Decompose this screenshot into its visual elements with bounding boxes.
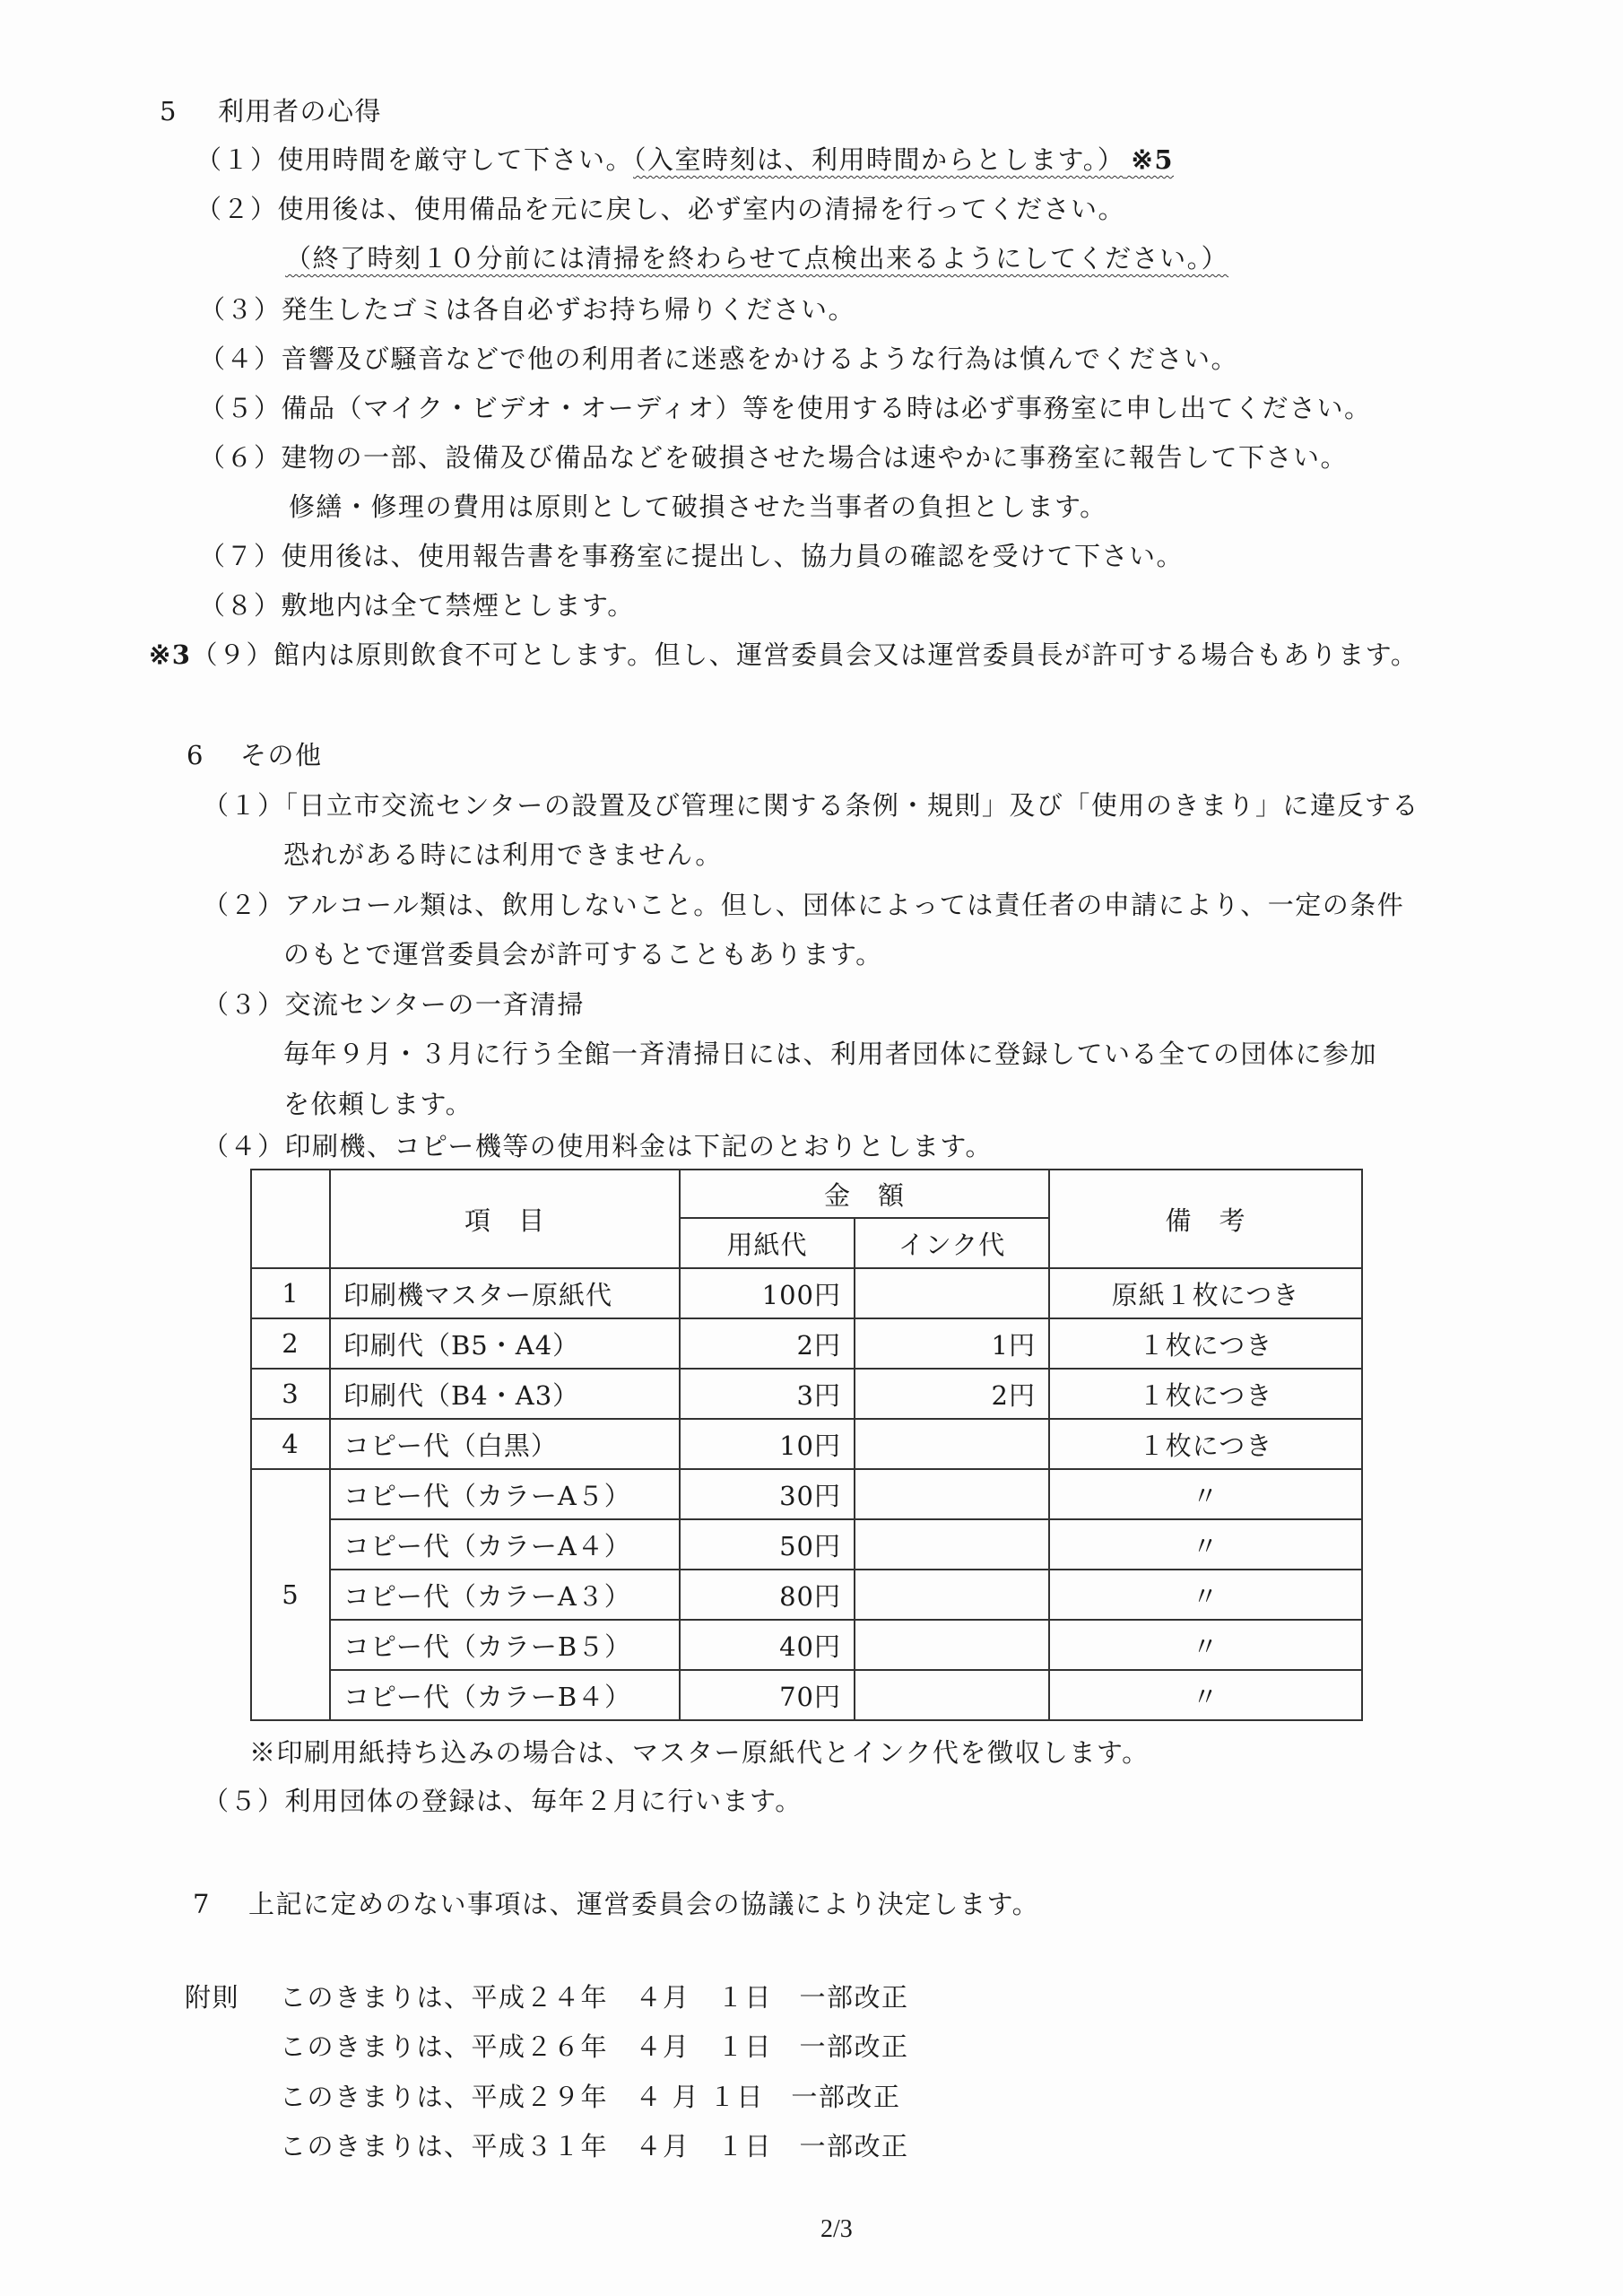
s5-item-4-text: 音響及び騒音などで他の利用者に迷惑をかけるような行為は慎んでください。 xyxy=(282,344,1239,374)
s5-item-1-text: 使用時間を厳守して下さい。 xyxy=(278,144,634,175)
row-item: コピー代（カラーA５） xyxy=(330,1469,680,1519)
section-6-title: その他 xyxy=(240,737,323,773)
row-ink xyxy=(855,1670,1049,1720)
s5-item-5: （５）備品（マイク・ビデオ・オーディオ）等を使用する時は必ず事務室に申し出てくだ… xyxy=(199,390,1371,426)
appendix-entry: このきまりは、平成２４年 ４月 １日 一部改正 xyxy=(280,1979,909,2015)
row-remarks: １枚につき xyxy=(1049,1419,1362,1469)
row-item: 印刷機マスター原紙代 xyxy=(330,1268,680,1318)
row-no: 2 xyxy=(251,1318,330,1369)
table-row: 3 印刷代（B4・A3） 3円 2円 １枚につき xyxy=(251,1369,1362,1419)
s6-item-3: （３）交流センターの一斉清掃 xyxy=(203,987,585,1022)
s6-item-1-continuation: 恐れがある時には利用できません。 xyxy=(283,837,723,873)
row-paper: 3円 xyxy=(680,1369,855,1419)
row-ink xyxy=(855,1419,1049,1469)
row-ink: 1円 xyxy=(855,1318,1049,1369)
appendix-entry: このきまりは、平成２９年 ４ 月 １日 一部改正 xyxy=(280,2079,900,2115)
table-row: コピー代（カラーA３） 80円 〃 xyxy=(251,1570,1362,1620)
s5-item-8: （８）敷地内は全て禁煙とします。 xyxy=(199,587,635,623)
s5-item-3-text: 発生したゴミは各自必ずお持ち帰りください。 xyxy=(282,294,856,325)
s6-item-3-text: 交流センターの一斉清掃 xyxy=(285,989,585,1020)
table-row: コピー代（カラーB４） 70円 〃 xyxy=(251,1670,1362,1720)
row-item: コピー代（カラーB４） xyxy=(330,1670,680,1720)
row-paper: 30円 xyxy=(680,1469,855,1519)
row-paper: 10円 xyxy=(680,1419,855,1469)
s5-item-7-text: 使用後は、使用報告書を事務室に提出し、協力員の確認を受けて下さい。 xyxy=(282,541,1185,571)
row-item: 印刷代（B5・A4） xyxy=(330,1318,680,1369)
s5-item-6: （６）建物の一部、設備及び備品などを破損させた場合は速やかに事務室に報告して下さ… xyxy=(199,439,1348,475)
s6-item-4-text: 印刷機、コピー機等の使用料金は下記のとおりとします。 xyxy=(285,1131,994,1161)
s6-item-2-text: アルコール類は、飲用しないこと。但し、団体によっては責任者の申請により、一定の条… xyxy=(285,890,1405,920)
row-item: コピー代（カラーA３） xyxy=(330,1570,680,1620)
fee-table: 項 目 金 額 備 考 用紙代 インク代 1 印刷機マスター原紙代 100円 原… xyxy=(250,1169,1363,1721)
s6-item-5-label: （５） xyxy=(203,1786,285,1816)
s5-item-2-continuation: （終了時刻１０分前には清掃を終わらせて点検出来るようにしてください。） xyxy=(285,240,1228,276)
s5-item-9-label: （９） xyxy=(191,639,273,670)
table-row: 5 コピー代（カラーA５） 30円 〃 xyxy=(251,1469,1362,1519)
s6-item-1: （１）「日立市交流センターの設置及び管理に関する条例・規則」及び「使用のきまり」… xyxy=(203,787,1419,823)
header-no xyxy=(251,1170,330,1268)
section-5-number: 5 xyxy=(160,93,176,129)
s5-item-1-underlined-text: （入室時刻は、利用時間からとします。） xyxy=(633,144,1124,175)
s5-item-2-text: 使用後は、使用備品を元に戻し、必ず室内の清掃を行ってください。 xyxy=(278,194,1126,224)
section-6-number: 6 xyxy=(187,737,203,773)
s5-item-4: （４）音響及び騒音などで他の利用者に迷惑をかけるような行為は慎んでください。 xyxy=(199,341,1238,377)
row-remarks: 〃 xyxy=(1049,1570,1362,1620)
row-remarks: 〃 xyxy=(1049,1519,1362,1570)
s5-item-6-label: （６） xyxy=(199,442,282,473)
s5-item-1: （１）使用時間を厳守して下さい。（入室時刻は、利用時間からとします。） ※5 xyxy=(195,142,1174,178)
s5-item-2-label: （２） xyxy=(195,194,278,224)
header-ink: インク代 xyxy=(855,1218,1049,1268)
row-no: 4 xyxy=(251,1419,330,1469)
s6-item-1-text: 「日立市交流センターの設置及び管理に関する条例・規則」及び「使用のきまり」に違反… xyxy=(285,790,1419,821)
s6-item-3-continuation: 毎年９月・３月に行う全館一斉清掃日には、利用者団体に登録している全ての団体に参加 xyxy=(283,1036,1377,1072)
row-no: 3 xyxy=(251,1369,330,1419)
s6-item-5-text: 利用団体の登録は、毎年２月に行います。 xyxy=(285,1786,803,1816)
row-paper: 80円 xyxy=(680,1570,855,1620)
table-row: 2 印刷代（B5・A4） 2円 1円 １枚につき xyxy=(251,1318,1362,1369)
row-paper: 40円 xyxy=(680,1620,855,1670)
row-no-merged: 5 xyxy=(251,1469,330,1720)
row-remarks: 原紙１枚につき xyxy=(1049,1268,1362,1318)
row-remarks: 〃 xyxy=(1049,1620,1362,1670)
row-remarks: １枚につき xyxy=(1049,1369,1362,1419)
s5-item-8-text: 敷地内は全て禁煙とします。 xyxy=(282,590,635,621)
s5-item-7: （７）使用後は、使用報告書を事務室に提出し、協力員の確認を受けて下さい。 xyxy=(199,538,1184,574)
section-5-title: 利用者の心得 xyxy=(218,93,382,129)
row-remarks: 〃 xyxy=(1049,1670,1362,1720)
s5-item-6-continuation: 修繕・修理の費用は原則として破損させた当事者の負担とします。 xyxy=(289,489,1107,525)
appendix-entry: このきまりは、平成２６年 ４月 １日 一部改正 xyxy=(280,2029,909,2065)
row-ink xyxy=(855,1469,1049,1519)
fee-table-note: ※印刷用紙持ち込みの場合は、マスター原紙代とインク代を徴収します。 xyxy=(249,1735,1150,1770)
row-item: コピー代（白黒） xyxy=(330,1419,680,1469)
table-row: 1 印刷機マスター原紙代 100円 原紙１枚につき xyxy=(251,1268,1362,1318)
s6-item-4: （４）印刷機、コピー機等の使用料金は下記のとおりとします。 xyxy=(203,1128,993,1164)
row-remarks: １枚につき xyxy=(1049,1318,1362,1369)
row-ink xyxy=(855,1268,1049,1318)
s6-item-2: （２）アルコール類は、飲用しないこと。但し、団体によっては責任者の申請により、一… xyxy=(203,887,1404,923)
header-paper: 用紙代 xyxy=(680,1218,855,1268)
s5-item-4-label: （４） xyxy=(199,344,282,374)
s6-item-2-continuation: のもとで運営委員会が許可することもあります。 xyxy=(283,936,883,972)
s6-item-1-label: （１） xyxy=(203,790,285,821)
row-ink xyxy=(855,1570,1049,1620)
s6-item-4-label: （４） xyxy=(203,1131,285,1161)
row-paper: 100円 xyxy=(680,1268,855,1318)
s5-item-9: ※3（９）館内は原則飲食不可とします。但し、運営委員会又は運営委員長が許可する場… xyxy=(149,637,1418,673)
s5-item-6-text: 建物の一部、設備及び備品などを破損させた場合は速やかに事務室に報告して下さい。 xyxy=(282,442,1349,473)
row-ink xyxy=(855,1519,1049,1570)
s5-item-2: （２）使用後は、使用備品を元に戻し、必ず室内の清掃を行ってください。 xyxy=(195,191,1125,227)
section-7-number: 7 xyxy=(193,1886,209,1922)
row-item: コピー代（カラーA４） xyxy=(330,1519,680,1570)
row-item: 印刷代（B4・A3） xyxy=(330,1369,680,1419)
row-remarks: 〃 xyxy=(1049,1469,1362,1519)
s6-item-3-label: （３） xyxy=(203,989,285,1020)
appendix-entry: このきまりは、平成３１年 ４月 １日 一部改正 xyxy=(280,2128,909,2164)
s6-item-3-continuation-2: を依頼します。 xyxy=(283,1086,473,1122)
table-row: コピー代（カラーB５） 40円 〃 xyxy=(251,1620,1362,1670)
section-7-text: 上記に定めのない事項は、運営委員会の協議により決定します。 xyxy=(248,1886,1039,1922)
s5-item-3-label: （３） xyxy=(199,294,282,325)
row-ink: 2円 xyxy=(855,1369,1049,1419)
header-remarks: 備 考 xyxy=(1049,1170,1362,1268)
document-page: 5 利用者の心得 （１）使用時間を厳守して下さい。（入室時刻は、利用時間からとし… xyxy=(0,0,1623,2296)
page-number: 2/3 xyxy=(820,2215,853,2244)
header-item: 項 目 xyxy=(330,1170,680,1268)
header-amount: 金 額 xyxy=(680,1170,1049,1218)
row-paper: 50円 xyxy=(680,1519,855,1570)
s5-item-1-note: ※5 xyxy=(1132,144,1174,175)
s5-item-8-label: （８） xyxy=(199,590,282,621)
table-row: コピー代（カラーA４） 50円 〃 xyxy=(251,1519,1362,1570)
s5-item-9-prefix: ※3 xyxy=(149,639,191,670)
table-row: 4 コピー代（白黒） 10円 １枚につき xyxy=(251,1419,1362,1469)
s5-item-9-text: 館内は原則飲食不可とします。但し、運営委員会又は運営委員長が許可する場合もありま… xyxy=(273,639,1418,670)
row-paper: 70円 xyxy=(680,1670,855,1720)
row-no: 1 xyxy=(251,1268,330,1318)
s5-item-1-label: （１） xyxy=(195,144,278,175)
s5-item-3: （３）発生したゴミは各自必ずお持ち帰りください。 xyxy=(199,291,855,327)
row-paper: 2円 xyxy=(680,1318,855,1369)
s6-item-5: （５）利用団体の登録は、毎年２月に行います。 xyxy=(203,1783,803,1819)
s5-item-5-label: （５） xyxy=(199,393,282,423)
row-item: コピー代（カラーB５） xyxy=(330,1620,680,1670)
s5-item-1-underlined: （入室時刻は、利用時間からとします。） ※5 xyxy=(633,144,1174,175)
s6-item-2-label: （２） xyxy=(203,890,285,920)
s5-item-7-label: （７） xyxy=(199,541,282,571)
row-ink xyxy=(855,1620,1049,1670)
s5-item-5-text: 備品（マイク・ビデオ・オーディオ）等を使用する時は必ず事務室に申し出てください。 xyxy=(282,393,1372,423)
appendix-label: 附則 xyxy=(185,1979,239,2015)
